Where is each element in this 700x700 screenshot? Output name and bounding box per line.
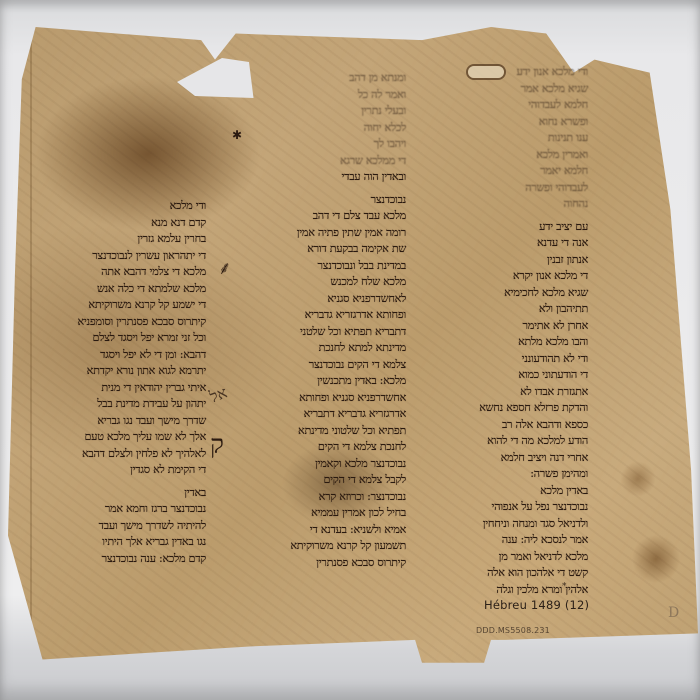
manuscript-line: מלכא עבד צלם די דהב	[236, 208, 406, 225]
manuscript-line: לחנכת צלמא די הקים	[236, 439, 406, 456]
manuscript-line: נגו באדין גבריא אלך היתיו	[38, 534, 206, 551]
manuscript-line: ואמרין מלכא	[438, 147, 588, 164]
manuscript-line: די ממלכא שרגא	[236, 153, 406, 170]
manuscript-line: ויהבו לך	[236, 136, 406, 153]
manuscript-line: כספא ודהבא אלה רב	[438, 417, 588, 434]
manuscript-line: בחיל לכון אמרין עממיא	[236, 505, 406, 522]
manuscript-line: אתגזרת אבדו לא	[438, 384, 588, 401]
manuscript-line: שת אקימה בבקעת דורא	[236, 241, 406, 258]
manuscript-line: דהבא: ומן די לא יפל ויסגד	[38, 347, 206, 364]
manuscript-line: נהחוה	[438, 196, 588, 213]
manuscript-line: באדין	[38, 485, 206, 502]
manuscript-line: ודי מלכא	[38, 198, 206, 215]
manuscript-line: ודי לא תהודעונני	[438, 351, 588, 368]
manuscript-line: נבוכדנצר ברגז וחמא אמר	[38, 501, 206, 518]
manuscript-line: וכל זני זמרא יפל ויסגד לצלם	[38, 330, 206, 347]
manuscript-line: ומנתא מן דהב	[236, 70, 406, 87]
manuscript-line: די ישמע קל קרנא משרוקיתא	[38, 297, 206, 314]
manuscript-line: ואמר לה כל	[236, 87, 406, 104]
text-column-left: ודי מלכאקדם דנא מנאבחרין עלמא גזריןדי ית…	[38, 198, 206, 567]
manuscript-line: קיתרוס סבכא פסנתרין וסומפניא	[38, 314, 206, 331]
manuscript-line: להיתיה לשדרך מישך ועבד	[38, 518, 206, 535]
manuscript-line: אמיא ולשניא: בעדנא די	[236, 522, 406, 539]
manuscript-line: נבוכדנצר	[236, 192, 406, 209]
manuscript-line: שדרך מישך ועבד נגו גבריא	[38, 413, 206, 430]
manuscript-line: שגיא מלכא לחכימיא	[438, 285, 588, 302]
manuscript-line: די יתהראון עשרין לנבוכדנצר	[38, 248, 206, 265]
manuscript-line: די מלכא אנון יקרא	[438, 268, 588, 285]
manuscript-line: והדקת פרזלא חספא נחשא	[438, 400, 588, 417]
text-column-middle: ומנתא מן דהבואמר לה כלובעלי נתריןלכלא יח…	[236, 70, 406, 571]
manuscript-line: קדם דנא מנא	[38, 215, 206, 232]
manuscript-line: לאחשדרפניא סגניא	[236, 291, 406, 308]
manuscript-line: אמר לנסכא ליה: ענה	[438, 532, 588, 549]
marginal-ornament-icon: ⸙	[218, 256, 232, 280]
manuscript-line: נבוכדנצר נפל על אנפוהי	[438, 499, 588, 516]
manuscript-line: לקבל צלמא די הקים	[236, 472, 406, 489]
pencil-asterisk: *	[562, 582, 567, 592]
manuscript-line: די הודעתוני כמוא	[438, 367, 588, 384]
manuscript-line: ומהימן פשרה:	[438, 466, 588, 483]
manuscript-line: ולדניאל סגד ומנחה וניחחין	[438, 516, 588, 533]
manuscript-line: במדינת בבל ונבוכדנצר	[236, 258, 406, 275]
manuscript-line: ענו תנינות	[438, 130, 588, 147]
fold-crease	[30, 34, 32, 674]
manuscript-line: נבוכדנצר מלכא וקאמין	[236, 456, 406, 473]
manuscript-line: אנתון זבנין	[438, 252, 588, 269]
manuscript-line: שגיא מלכא אמר	[438, 81, 588, 98]
manuscript-line: יתהון על עבידת מדינת בבל	[38, 396, 206, 413]
manuscript-line: תשמעון קל קרנא משרוקיתא	[236, 538, 406, 555]
manuscript-line: איתי גברין יהודאין די מנית	[38, 380, 206, 397]
manuscript-line: בחרין עלמא גזרין	[38, 231, 206, 248]
manuscript-line: לכלא יחוה	[236, 120, 406, 137]
manuscript-line: אחרן לא אתימר	[438, 318, 588, 335]
manuscript-line: לעבדוהי ופשרה	[438, 180, 588, 197]
manuscript-line: אחרי דנה ויציב חלמא	[438, 450, 588, 467]
text-column-right: ודי מלכא אנון ידעשגיא מלכא אמרחלמא לעבדו…	[438, 64, 588, 598]
manuscript-line: ודי מלכא אנון ידע	[438, 64, 588, 81]
manuscript-line: קיתרוס סבכא פסנתרין	[236, 555, 406, 572]
manuscript-line: ופחותא אדרגזריא גדבריא	[236, 307, 406, 324]
manuscript-line: ובעלי נתרין	[236, 103, 406, 120]
manuscript-line: מלכא שלח למכנש	[236, 274, 406, 291]
manuscript-line: לאלהיך לא פלחין ולצלם דהבא	[38, 446, 206, 463]
manuscript-line: והבו מלכא מלתא	[438, 334, 588, 351]
manuscript-line: צלמא די הקים נבוכדנצר	[236, 357, 406, 374]
manuscript-line: הודע למלכא מה די להוא	[438, 433, 588, 450]
manuscript-line: רומה אמין שתין פתיה אמין	[236, 225, 406, 242]
marginal-qof-mark: ק	[210, 430, 224, 460]
manuscript-line: אחשדרפניא סגניא ופחותא	[236, 390, 406, 407]
manuscript-line: חלמא יאמר	[438, 163, 588, 180]
manuscript-line: נבוכדנצר: וכרוזא קרא	[236, 489, 406, 506]
manuscript-line: די הקימת לא סגדין	[38, 462, 206, 479]
marginal-star-icon: ✱	[232, 128, 242, 142]
manuscript-line: מדינתא למתא לחנכת	[236, 340, 406, 357]
manuscript-line: ופשרא נחוא	[438, 114, 588, 131]
manuscript-line: תפתיא וכל שלטוני מדינתא	[236, 423, 406, 440]
manuscript-line: אלך לא שמו עליך מלכא טעם	[38, 429, 206, 446]
manuscript-line: מלכא שלמתא די כלה אנש	[38, 281, 206, 298]
manuscript-line: אדרגזריא גדבריא דתבריא	[236, 406, 406, 423]
manuscript-line: קשט די אלהכון הוא אלה	[438, 565, 588, 582]
manuscript-line: דתבריא תפתיא וכל שלטני	[236, 324, 406, 341]
manuscript-line: ובאדין הוה עבדי	[236, 169, 406, 186]
manuscript-line: קדם מלכא: ענה נבוכדנצר	[38, 551, 206, 568]
manuscript-line: תתיהבון ולא	[438, 301, 588, 318]
manuscript-line: חלמא לעבדוהי	[438, 97, 588, 114]
accession-number: DDD.MS5508.231	[476, 626, 550, 635]
manuscript-line: עם יציב ידע	[438, 219, 588, 236]
manuscript-line: יתרמא לגוא אתון נורא יקדתא	[38, 363, 206, 380]
manuscript-line: מלכא לדניאל ואמר מן	[438, 549, 588, 566]
manuscript-line: מלכא: באדין מתכנשין	[236, 373, 406, 390]
edge-pencil-note: D	[668, 605, 679, 621]
shelfmark-label: Hébreu 1489 (12)	[484, 598, 589, 612]
manuscript-line: באדין מלכא	[438, 483, 588, 500]
manuscript-line: אנה די עדנא	[438, 235, 588, 252]
manuscript-line: מלכא די צלמי דהבא אתה	[38, 264, 206, 281]
